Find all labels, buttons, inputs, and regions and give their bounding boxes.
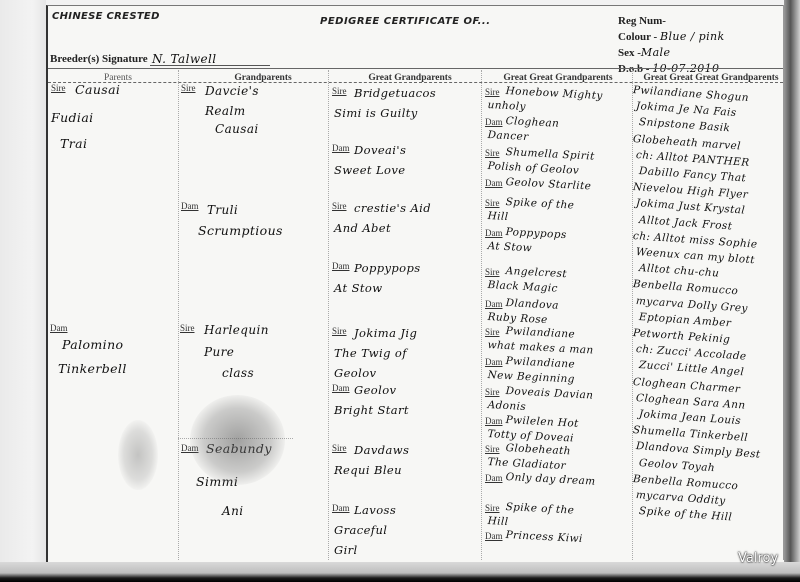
parent-dam-label: Dam bbox=[50, 323, 68, 333]
ggg-sire-label: Sire bbox=[485, 148, 500, 158]
colour-value: Blue / pink bbox=[660, 30, 725, 43]
gg-sire-label: Sire bbox=[332, 443, 347, 453]
gg-entry-line: Sweet Love bbox=[334, 160, 405, 180]
colour-row: Colour - Blue / pink bbox=[618, 29, 725, 45]
ggg-entry-line: Dancer bbox=[487, 128, 529, 146]
ggg-sire-label: Sire bbox=[485, 327, 500, 337]
breeder-signature-value: N. Talwell bbox=[152, 52, 216, 66]
gp-sire-dam-label: Dam bbox=[181, 201, 199, 211]
ggg-dam-label: Dam bbox=[485, 117, 503, 127]
gg-entry-line: Geolov bbox=[354, 380, 396, 400]
ggg-dam-label: Dam bbox=[485, 228, 503, 238]
ggg-dam-label: Dam bbox=[485, 473, 503, 483]
gg-sire-label: Sire bbox=[332, 326, 347, 336]
gg-dam-label: Dam bbox=[332, 261, 350, 271]
gg-entry-line: Graceful bbox=[334, 520, 387, 540]
gg-entry-line: Bridgetuacos bbox=[354, 83, 436, 103]
col-divider-2 bbox=[328, 70, 329, 560]
gg-entry-line: Jokima Jig bbox=[354, 323, 417, 343]
col-head-great-great-grandparents: Great Great Grandparents bbox=[488, 73, 628, 83]
col-head-great-grandparents: Great Grandparents bbox=[350, 73, 470, 83]
gg-entry-line: crestie's Aid bbox=[354, 198, 431, 218]
gg-dam-label: Dam bbox=[332, 143, 350, 153]
header-rule bbox=[48, 68, 783, 69]
parent-dam-line-1: Palomino bbox=[62, 333, 123, 357]
gp-dam-dam-line-3: Ani bbox=[222, 500, 243, 522]
gg-sire-label: Sire bbox=[332, 201, 347, 211]
gg-entry-line: Davdaws bbox=[354, 440, 409, 460]
ggg-sire-label: Sire bbox=[485, 267, 500, 277]
reg-num-label: Reg Num- bbox=[618, 15, 666, 27]
gg-entry-line: At Stow bbox=[334, 278, 382, 298]
ink-smudge bbox=[190, 395, 285, 485]
parent-sire-line-3: Trai bbox=[60, 132, 87, 156]
reg-num-row: Reg Num- bbox=[618, 13, 725, 29]
gp-sire-sire-line-1: Davcie's bbox=[205, 80, 259, 102]
sex-label: Sex - bbox=[618, 47, 641, 59]
gg-entry-line: Bright Start bbox=[334, 400, 409, 420]
ggg-dam-label: Dam bbox=[485, 178, 503, 188]
gg-dam-label: Dam bbox=[332, 503, 350, 513]
ggg-dam-label: Dam bbox=[485, 531, 503, 541]
ggg-sire-label: Sire bbox=[485, 444, 500, 454]
col-divider-1 bbox=[178, 70, 179, 560]
ggg-entry-line: At Stow bbox=[487, 239, 532, 257]
gp-dam-sire-line-2: Pure bbox=[204, 341, 234, 363]
gg-entry-line: Doveai's bbox=[354, 140, 406, 160]
gg-entry-line: Simi is Guilty bbox=[334, 103, 418, 123]
gp-sire-dam-line-1: Truli bbox=[207, 199, 238, 221]
signature-line bbox=[150, 65, 270, 66]
ggg-sire-label: Sire bbox=[485, 87, 500, 97]
parent-dam-line-2: Tinkerbell bbox=[58, 357, 127, 381]
sex-row: Sex -Male bbox=[618, 45, 725, 61]
gg-entry-line: Girl bbox=[334, 540, 358, 560]
gg-entry-line: The Twig of bbox=[334, 343, 407, 363]
scan-margin bbox=[0, 0, 46, 582]
parent-sire-label: Sire bbox=[51, 83, 66, 93]
sex-value: Male bbox=[641, 46, 670, 59]
gg-dam-label: Dam bbox=[332, 383, 350, 393]
ink-smudge bbox=[118, 420, 158, 490]
gg-entry-line: Lavoss bbox=[354, 500, 396, 520]
ggg-sire-label: Sire bbox=[485, 503, 500, 513]
col-divider-3 bbox=[481, 70, 482, 560]
gp-dam-sire-line-3: class bbox=[222, 362, 254, 384]
gg-entry-line: Poppypops bbox=[354, 258, 421, 278]
ggg-sire-label: Sire bbox=[485, 387, 500, 397]
gp-dam-sire-line-1: Harlequin bbox=[204, 319, 269, 341]
parent-sire-line-1: Causai bbox=[75, 78, 120, 102]
ggg-sire-label: Sire bbox=[485, 198, 500, 208]
ggg-entry-line: Hill bbox=[487, 209, 509, 226]
gg-sire-label: Sire bbox=[332, 86, 347, 96]
breeder-signature-label: Breeder(s) Signature bbox=[50, 53, 148, 65]
scan-bottom-edge bbox=[0, 562, 800, 582]
breed-title: CHINESE CRESTED bbox=[52, 11, 160, 22]
parent-sire-line-2: Fudiai bbox=[51, 106, 94, 130]
watermark: Valroy bbox=[738, 551, 778, 566]
gp-sire-dam-line-2: Scrumptious bbox=[198, 219, 283, 243]
gp-sire-sire-label: Sire bbox=[181, 83, 196, 93]
ggg-dam-label: Dam bbox=[485, 299, 503, 309]
gg-entry-line: And Abet bbox=[334, 218, 391, 238]
ggg-entry-line: unholy bbox=[487, 98, 526, 115]
gg-entry-line: Requi Bleu bbox=[334, 460, 402, 480]
gp-sire-sire-line-3: Causai bbox=[215, 118, 259, 140]
ggg-dam-label: Dam bbox=[485, 357, 503, 367]
ggg-dam-label: Dam bbox=[485, 416, 503, 426]
gp-dam-sire-label: Sire bbox=[180, 323, 195, 333]
colour-label: Colour - bbox=[618, 31, 657, 43]
certificate-title: PEDIGREE CERTIFICATE OF... bbox=[320, 16, 491, 27]
ggg-grandparents-column: Pwilandiane ShogunJokima Je Na FaisSnips… bbox=[633, 82, 793, 519]
